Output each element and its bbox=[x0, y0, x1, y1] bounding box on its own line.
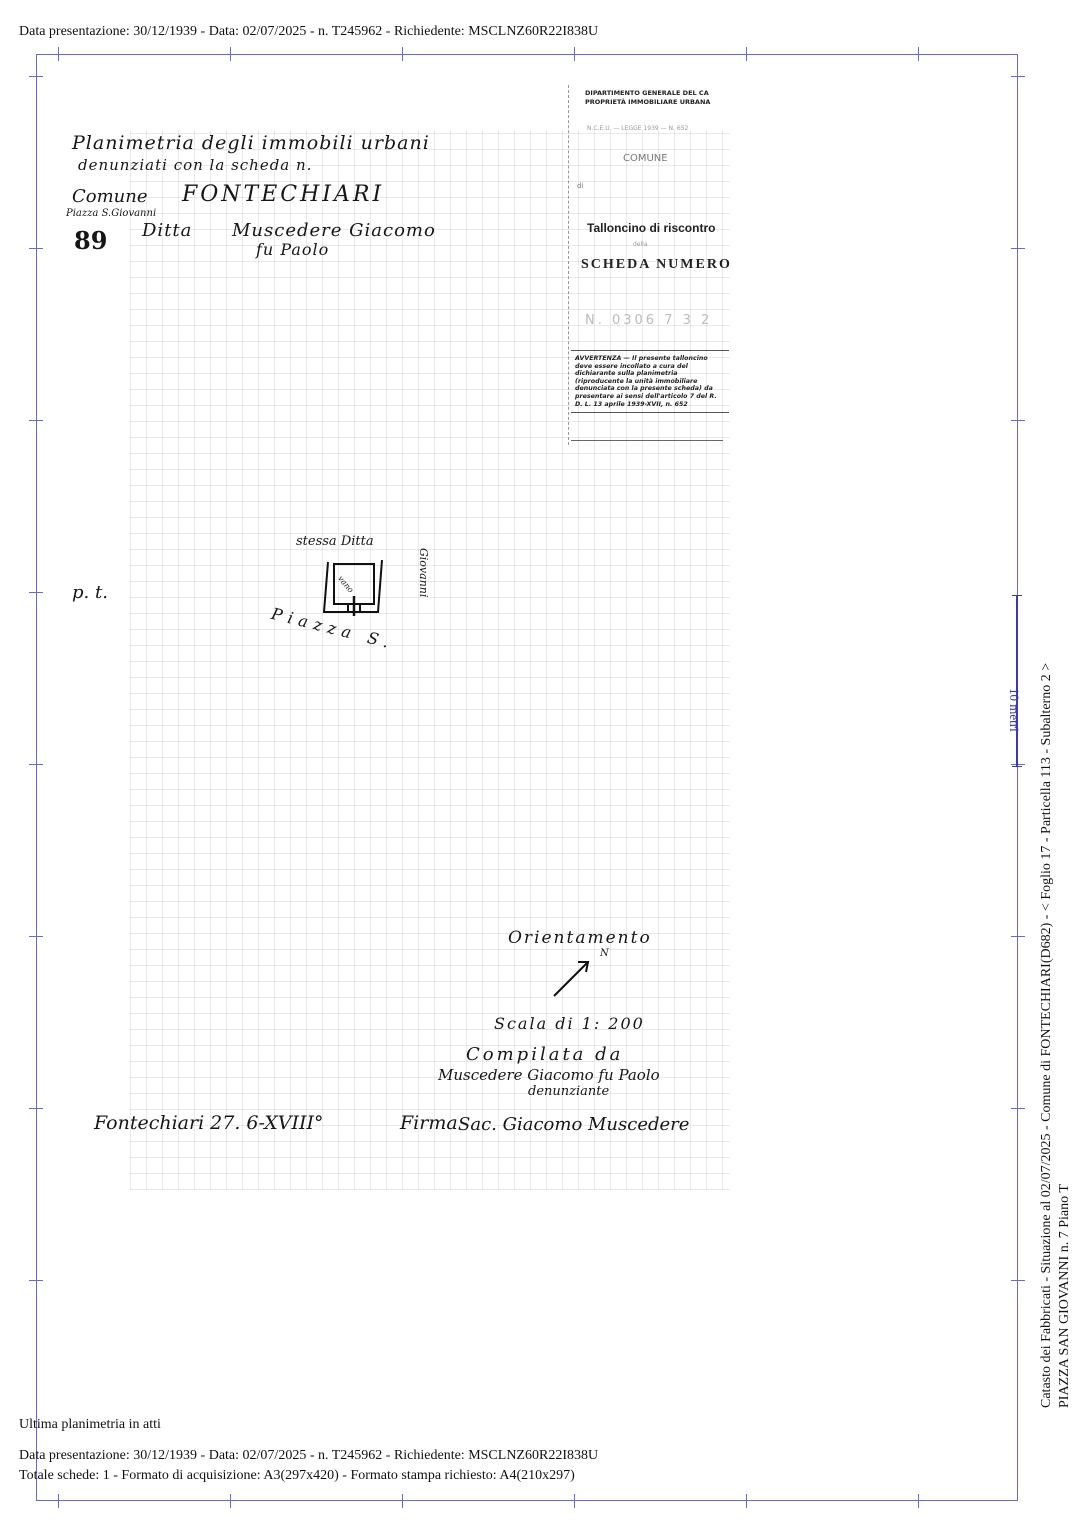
frame-tick bbox=[1011, 76, 1025, 77]
header-info: Data presentazione: 30/12/1939 - Data: 0… bbox=[19, 24, 598, 40]
frame-tick bbox=[230, 1494, 231, 1508]
frame-tick bbox=[746, 47, 747, 61]
signature: Sac. Giacomo Muscedere bbox=[458, 1114, 689, 1135]
frame-tick bbox=[29, 76, 43, 77]
frame-tick bbox=[1011, 1108, 1025, 1109]
compiled-label: Compilata da bbox=[466, 1044, 623, 1065]
frame-tick bbox=[1011, 764, 1025, 765]
stamp-warning: AVVERTENZA — Il presente talloncino deve… bbox=[571, 350, 729, 413]
talloncino-stamp: DIPARTIMENTO GENERALE DEL CA PROPRIETÀ I… bbox=[568, 85, 725, 445]
place-date: Fontechiari 27. 6-XVIII° bbox=[94, 1112, 324, 1134]
stamp-small-line: N.C.E.U. — LEGGE 1939 — N. 652 bbox=[587, 125, 688, 132]
cadastral-reference: Catasto dei Fabbricati - Situazione al 0… bbox=[1038, 663, 1055, 1408]
plan-note-top: stessa Ditta bbox=[296, 534, 374, 549]
plan-note-right: Giovanni bbox=[417, 548, 430, 597]
scale-label: Scala di 1: 200 bbox=[494, 1014, 645, 1033]
compiled-by: Muscedere Giacomo fu Paolo bbox=[438, 1066, 660, 1084]
ditta-value-2: fu Paolo bbox=[256, 240, 329, 259]
frame-tick bbox=[574, 1494, 575, 1508]
stamp-scheda: SCHEDA NUMERO bbox=[581, 257, 732, 273]
frame-tick bbox=[918, 1494, 919, 1508]
stamp-divider bbox=[571, 440, 723, 441]
stamp-di: di bbox=[577, 182, 583, 190]
frame-tick bbox=[746, 1494, 747, 1508]
frame-tick bbox=[1011, 248, 1025, 249]
frame-tick bbox=[230, 47, 231, 61]
property-address: PIAZZA SAN GIOVANNI n. 7 Piano T bbox=[1056, 1184, 1073, 1408]
signature-label: Firma bbox=[400, 1112, 458, 1134]
frame-tick bbox=[29, 592, 43, 593]
file-number: 89 bbox=[74, 226, 107, 255]
frame-tick bbox=[29, 764, 43, 765]
scale-bar-label: 10 metri bbox=[1006, 688, 1022, 732]
floor-plan-sketch bbox=[320, 556, 390, 618]
footer-info: Data presentazione: 30/12/1939 - Data: 0… bbox=[19, 1448, 598, 1464]
floor-label: p. t. bbox=[72, 582, 108, 603]
status-text: Ultima planimetria in atti bbox=[19, 1417, 161, 1433]
stamp-dept-line1: DIPARTIMENTO GENERALE DEL CA bbox=[585, 89, 709, 97]
address-note: Piazza S.Giovanni bbox=[66, 208, 156, 219]
stamp-title: Talloncino di riscontro bbox=[587, 221, 715, 235]
frame-tick bbox=[1011, 936, 1025, 937]
frame-tick bbox=[1011, 1280, 1025, 1281]
stamp-number: N. 0306 7 3 2 bbox=[585, 313, 712, 328]
comune-label: Comune bbox=[72, 186, 148, 207]
frame-tick bbox=[29, 1108, 43, 1109]
stamp-dept-line2: PROPRIETÀ IMMOBILIARE URBANA bbox=[585, 98, 710, 106]
frame-tick bbox=[574, 47, 575, 61]
footer-format: Totale schede: 1 - Formato di acquisizio… bbox=[19, 1468, 575, 1484]
ditta-value: Muscedere Giacomo bbox=[232, 220, 436, 241]
scale-bar-end bbox=[1012, 595, 1022, 596]
scale-bar-end bbox=[1012, 766, 1022, 767]
frame-tick bbox=[58, 1494, 59, 1508]
frame-tick bbox=[402, 47, 403, 61]
frame-tick bbox=[918, 47, 919, 61]
compiled-role: denunziante bbox=[528, 1084, 609, 1099]
ditta-label: Ditta bbox=[142, 220, 192, 241]
north-label: N bbox=[600, 948, 609, 959]
plan-subtitle: denunziati con la scheda n. bbox=[78, 156, 312, 174]
scale-bar bbox=[1016, 595, 1018, 767]
orientation-label: Orientamento bbox=[508, 928, 652, 948]
frame-tick bbox=[29, 420, 43, 421]
frame-tick bbox=[29, 936, 43, 937]
frame-tick bbox=[29, 248, 43, 249]
stamp-comune: COMUNE bbox=[623, 153, 668, 164]
frame-tick bbox=[29, 1280, 43, 1281]
stamp-della: della bbox=[633, 241, 648, 248]
north-arrow-icon bbox=[548, 954, 598, 1000]
frame-tick bbox=[402, 1494, 403, 1508]
frame-tick bbox=[1011, 420, 1025, 421]
comune-value: FONTECHIARI bbox=[182, 182, 384, 207]
plan-title: Planimetria degli immobili urbani bbox=[72, 132, 430, 154]
frame-tick bbox=[58, 47, 59, 61]
